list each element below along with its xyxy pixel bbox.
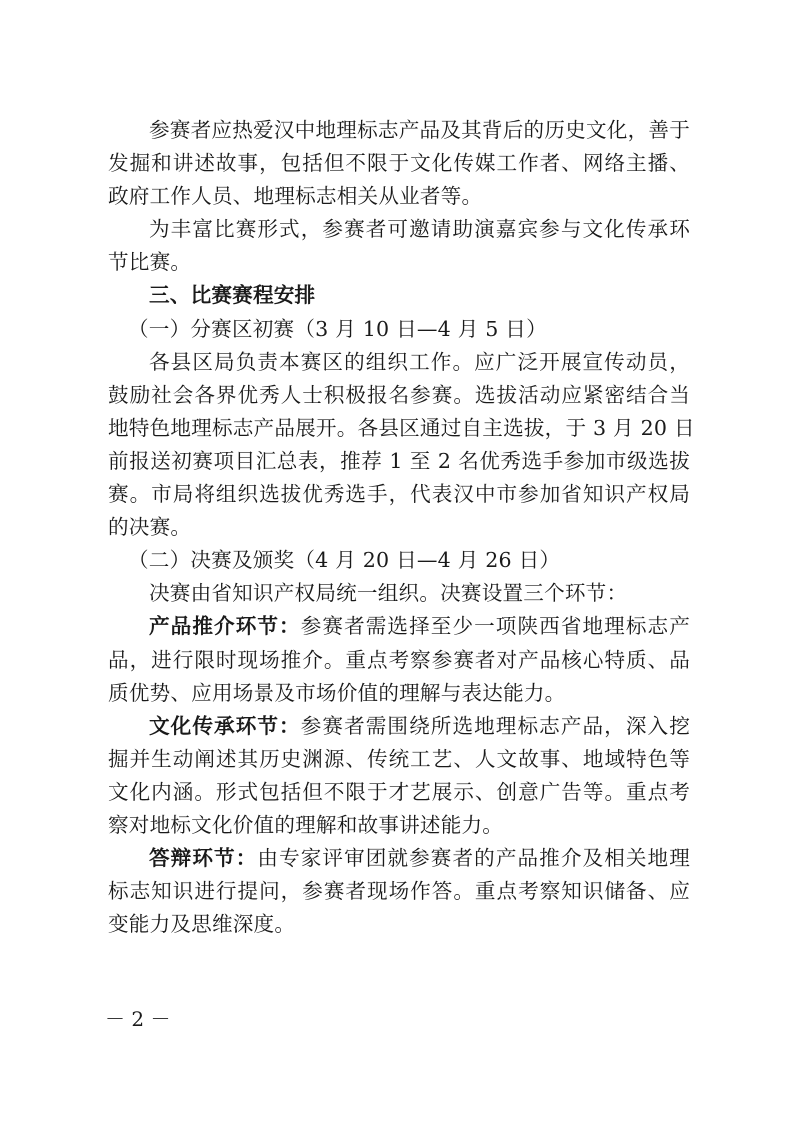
page-number: － 2 － (105, 1003, 170, 1032)
text-line: 各县区局负责本赛区的组织工作。应广泛开展宣传动员， (108, 346, 690, 379)
text-line: 节比赛。 (108, 246, 690, 279)
text-line: 决赛由省知识产权局统一组织。决赛设置三个环节： (108, 577, 690, 610)
paragraph-product-promotion: 产品推介环节：参赛者需选择至少一项陕西省地理标志产 品，进行限时现场推介。重点考… (108, 610, 690, 709)
text-line: 地特色地理标志产品展开。各县区通过自主选拔，于 3 月 20 日 (108, 412, 690, 445)
text-line: 前报送初赛项目汇总表，推荐 1 至 2 名优秀选手参加市级选拔 (108, 445, 690, 478)
text-line: 鼓励社会各界优秀人士积极报名参赛。选拔活动应紧密结合当 (108, 379, 690, 412)
subsection-heading: （一）分赛区初赛（3 月 10 日—4 月 5 日） (108, 313, 690, 346)
text-line: 品，进行限时现场推介。重点考察参赛者对产品核心特质、品 (108, 644, 690, 677)
paragraph-participants: 参赛者应热爱汉中地理标志产品及其背后的历史文化，善于 发掘和讲述故事，包括但不限… (108, 114, 690, 213)
paragraph-cultural-heritage: 文化传承环节：参赛者需围绕所选地理标志产品，深入挖 掘并生动阐述其历史渊源、传统… (108, 710, 690, 842)
text-line: 参赛者应热爱汉中地理标志产品及其背后的历史文化，善于 (108, 114, 690, 147)
text-line: 产品推介环节：参赛者需选择至少一项陕西省地理标志产 (108, 610, 690, 643)
text-line: 的决赛。 (108, 511, 690, 544)
paragraph-preliminary: 各县区局负责本赛区的组织工作。应广泛开展宣传动员， 鼓励社会各界优秀人士积极报名… (108, 346, 690, 545)
text-span: 参赛者需选择至少一项陕西省地理标志产 (301, 614, 690, 638)
bold-label: 文化传承环节： (149, 714, 301, 738)
text-line: 赛。市局将组织选拔优秀选手，代表汉中市参加省知识产权局 (108, 478, 690, 511)
text-line: 掘并生动阐述其历史渊源、传统工艺、人文故事、地域特色等 (108, 743, 690, 776)
text-line: 质优势、应用场景及市场价值的理解与表达能力。 (108, 677, 690, 710)
text-line: 察对地标文化价值的理解和故事讲述能力。 (108, 809, 690, 842)
text-span: 参赛者需围绕所选地理标志产品，深入挖 (301, 714, 690, 738)
document-page: 参赛者应热爱汉中地理标志产品及其背后的历史文化，善于 发掘和讲述故事，包括但不限… (108, 114, 690, 941)
text-line: 标志知识进行提问，参赛者现场作答。重点考察知识储备、应 (108, 875, 690, 908)
bold-label: 答辩环节： (149, 846, 257, 870)
text-line: 答辩环节：由专家评审团就参赛者的产品推介及相关地理 (108, 842, 690, 875)
text-line: 政府工作人员、地理标志相关从业者等。 (108, 180, 690, 213)
paragraph-guests: 为丰富比赛形式，参赛者可邀请助演嘉宾参与文化传承环 节比赛。 (108, 213, 690, 279)
text-line: 文化传承环节：参赛者需围绕所选地理标志产品，深入挖 (108, 710, 690, 743)
text-line: 发掘和讲述故事，包括但不限于文化传媒工作者、网络主播、 (108, 147, 690, 180)
text-line: 为丰富比赛形式，参赛者可邀请助演嘉宾参与文化传承环 (108, 213, 690, 246)
text-span: 由专家评审团就参赛者的产品推介及相关地理 (257, 846, 690, 870)
section-heading: 三、比赛赛程安排 (108, 279, 690, 312)
text-line: 文化内涵。形式包括但不限于才艺展示、创意广告等。重点考 (108, 776, 690, 809)
bold-label: 产品推介环节： (149, 614, 301, 638)
text-line: 变能力及思维深度。 (108, 908, 690, 941)
paragraph-defense: 答辩环节：由专家评审团就参赛者的产品推介及相关地理 标志知识进行提问，参赛者现场… (108, 842, 690, 941)
subsection-heading: （二）决赛及颁奖（4 月 20 日—4 月 26 日） (108, 544, 690, 577)
